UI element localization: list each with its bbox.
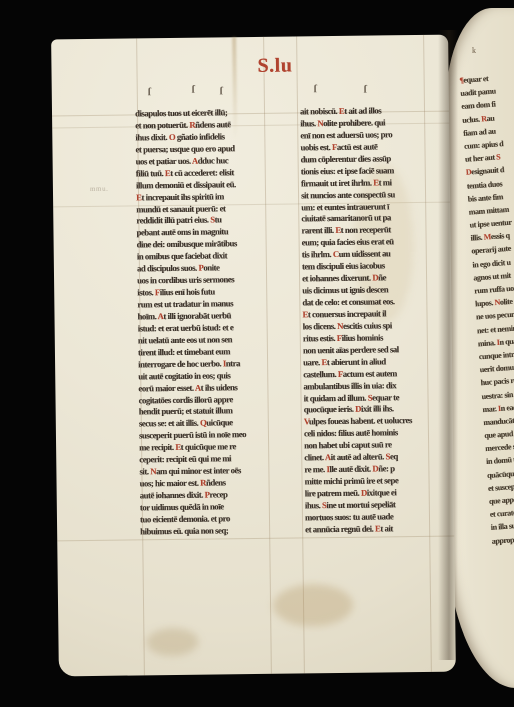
text-segment: re me.: [304, 464, 326, 474]
text-segment: sit nuncios ante conspectū su: [301, 189, 395, 200]
text-segment: tu: [214, 215, 221, 225]
text-segment: rum est ut tradatur in manus: [137, 298, 233, 309]
text-segment: t ihs uidens: [201, 382, 238, 392]
text-segment: uare.: [303, 357, 321, 367]
text-segment: uos; hic maior est.: [139, 478, 200, 489]
rubricated-letter: S: [496, 152, 501, 161]
manuscript-text-line: et annūcia regnū dei. Et ait: [305, 522, 445, 536]
text-segment: firmauit ut iret ihrlm.: [301, 177, 373, 188]
text-segment: recep: [209, 489, 227, 499]
text-segment: ceperit: recipit eū qui me mi: [139, 453, 231, 464]
text-segment: t conuersus increpauit il: [308, 308, 386, 319]
text-segment: ambulantibus illis in uia: dix: [303, 380, 396, 391]
text-segment: olite p: [500, 297, 514, 307]
text-segment: uclus.: [462, 114, 482, 124]
text-segment: in illa sunt: et: [490, 520, 514, 532]
text-segment: los dicens.: [303, 321, 338, 331]
text-segment: lire patrem meū.: [305, 488, 361, 499]
text-segment: operarij aute: [471, 244, 511, 256]
text-segment: que apud illos: [484, 428, 514, 440]
text-segment: uos et patiar uos.: [136, 155, 192, 166]
text-segment: mar.: [482, 404, 498, 414]
text-segment: equar et: [463, 74, 488, 85]
text-segment: eorū maior esset.: [138, 382, 195, 393]
text-segment: n quaq: [499, 336, 514, 346]
text-segment: tis ihrlm.: [302, 249, 333, 259]
text-segment: reddidit illū patri eius.: [136, 215, 210, 226]
text-segment: quācūque ciui: [487, 468, 514, 480]
text-segment: me recipit.: [139, 442, 175, 452]
text-segment: tuo eicientē demonia. et pro: [140, 513, 230, 524]
text-segment: uobis est.: [300, 142, 332, 152]
text-segment: um uidissent au: [339, 249, 391, 260]
text-segment: t illi ignorabāt uerbū: [163, 310, 231, 321]
text-segment: dduc huc: [198, 155, 229, 165]
text-segment: appropinquabit: [491, 533, 514, 545]
text-segment: istos.: [137, 287, 155, 297]
text-segment: um: et euntes intrauerunt ī: [301, 201, 389, 212]
text-segment: ut ipse uentur: [469, 218, 511, 230]
text-segment: bis ante fim: [467, 192, 503, 203]
text-segment: castellum.: [303, 369, 338, 379]
text-column-left: disapulos tuos ut eicerēt illū;et non po…: [135, 107, 283, 538]
text-segment: istud: et erat uerbū istud: et e: [138, 322, 234, 333]
text-segment: interrogare de hoc uerbo.: [138, 358, 223, 369]
text-segment: t abierunt in aliud: [327, 356, 386, 367]
text-segment: eq: [390, 451, 398, 461]
text-segment: olite prohibere. qui: [323, 117, 385, 128]
text-segment: ñe: p: [378, 463, 394, 473]
text-segment: t mi: [378, 177, 391, 187]
text-segment: mitte michi primū ire et sepe: [304, 475, 398, 486]
text-segment: non habet ubi caput suū re: [304, 440, 391, 451]
text-segment: cum: apius d: [464, 139, 504, 151]
text-segment: it autē ad alterū.: [331, 452, 386, 463]
text-segment: et non potuerūt.: [135, 120, 189, 131]
text-segment: dat de celo: et consumat eos.: [302, 296, 394, 307]
recto-corner-mark: k: [472, 46, 476, 55]
text-segment: tor uidimus quēdā in noīe: [140, 501, 224, 512]
text-segment: autē iohannes dixit.: [140, 490, 205, 501]
text-segment: uit autē cogitatio in eos; quis: [138, 370, 230, 381]
text-segment: ne uos pecuni: [476, 310, 514, 322]
text-segment: rum ruffa uos: [474, 284, 514, 296]
text-segment: eam dom fi: [461, 100, 496, 111]
text-segment: que apponūt: [489, 494, 514, 506]
text-segment: et iohannes dixerunt.: [302, 273, 372, 284]
ascender-flourish: ſ: [192, 84, 195, 96]
text-segment: t quicūque me re: [181, 441, 236, 452]
text-segment: ulpes foueas habent. et uolucres: [309, 415, 412, 426]
text-segment: mercede sua.: [485, 441, 514, 453]
text-segment: t cū accederet: elisit: [170, 167, 234, 178]
text-segment: enī non est aduersū uos; pro: [300, 129, 392, 140]
text-segment: ñdens: [206, 477, 226, 487]
text-segment: filiū tuū.: [136, 168, 165, 178]
text-segment: ad discipulos suos.: [137, 263, 199, 274]
parchment-stain: [273, 584, 354, 627]
text-segment: escitis cuius spi: [343, 320, 392, 331]
text-segment: fiam ad au: [463, 126, 496, 137]
text-segment: uerit domui: et: [479, 362, 514, 374]
text-segment: t ait: [380, 523, 393, 533]
text-segment: manducātes et: [483, 415, 514, 427]
text-segment: hendit puerū; et statuit illum: [139, 406, 233, 417]
text-segment: cunque intraue: [478, 349, 514, 361]
text-segment: ilius hominis: [342, 332, 383, 343]
text-segment: hoīm.: [137, 311, 157, 321]
text-segment: onite: [203, 263, 219, 273]
text-segment: ihus dixit.: [135, 132, 169, 142]
text-segment: et annūcia regnū dei.: [305, 523, 375, 534]
text-segment: uestra: sin aut: [481, 389, 514, 401]
text-segment: ntra: [226, 358, 240, 368]
manuscript-photo: k ¶equar etuadit pamueam dom fiuclus. Ra…: [0, 0, 514, 707]
text-segment: et puersa; usque quo ero apud: [135, 143, 234, 154]
ascender-flourish: ſ: [364, 84, 367, 96]
text-segment: sit.: [139, 466, 150, 476]
text-segment: uicūque: [206, 418, 232, 428]
text-segment: au: [486, 113, 494, 123]
text-segment: et curate infir: [489, 507, 514, 519]
text-segment: clinet.: [304, 452, 325, 462]
text-segment: illis.: [470, 233, 484, 243]
text-segment: tem discipuli eius iacobus: [302, 261, 385, 272]
text-segment: ihus.: [300, 118, 317, 128]
text-segment: huc pacis requi: [480, 375, 514, 387]
text-segment: ritus estis.: [303, 333, 337, 343]
text-segment: t ait ad illos: [344, 105, 381, 115]
text-segment: hibuimus eū. quia non seq;: [140, 525, 228, 536]
text-segment: essis q: [491, 231, 510, 241]
text-segment: t increpauit ihs spiritū im: [141, 191, 223, 202]
text-segment: temtia duos: [466, 179, 502, 190]
text-segment: susceperit puerū istū in noīe meo: [139, 429, 246, 440]
ascender-flourish: ſ: [314, 83, 317, 95]
text-segment: eum; quia facies eius erat eū: [302, 237, 394, 248]
text-segment: uos in cordibus uris sermones: [137, 274, 234, 285]
text-segment: mundū et sanauit puerū: et: [136, 203, 225, 214]
text-segment: dine dei: omibusque mirātibus: [137, 239, 237, 250]
recto-text-strip: ¶equar etuadit pamueam dom fiuclus. Rauf…: [459, 69, 514, 548]
parchment-stain: [146, 628, 198, 657]
text-segment: mortuos suos: tu autē uade: [305, 511, 393, 522]
text-segment: ihus.: [305, 500, 322, 510]
text-segment: net: et neminē: [477, 323, 514, 335]
text-segment: actum est autem: [343, 368, 397, 379]
text-segment: tirent illud: et timebant eum: [138, 346, 230, 357]
text-segment: it quidam ad illum.: [303, 392, 367, 403]
text-segment: tionis eius: et ipse faciē suam: [301, 165, 394, 176]
text-segment: uis dicimus ut ignis descen: [302, 284, 388, 295]
text-segment: ciuitatē samaritanorū ut pa: [301, 213, 391, 224]
manuscript-verso-page: S.lu mmu. ſ ſ ſ ſ ſ disapulos tuos ut ei…: [51, 35, 456, 677]
text-segment: ine ut mortui sepeliāt: [326, 499, 395, 510]
text-segment: illum demoniū et dissipauit eū.: [136, 179, 236, 190]
text-segment: actū est autē: [337, 141, 378, 151]
text-segment: in omibus que faciebat dixit: [137, 251, 227, 262]
text-segment: non uenit aīas perdere sed sal: [303, 344, 399, 355]
text-segment: celi nidos: filius autē hominis: [304, 428, 398, 439]
text-segment: agnos ut mit: [473, 271, 511, 283]
text-segment: uadit pamu: [460, 87, 496, 98]
text-segment: et susceperint: [488, 481, 514, 493]
text-segment: in domū trans: [486, 455, 514, 467]
text-segment: am qui minor est inter oēs: [156, 465, 241, 476]
text-segment: ait nobiscū.: [300, 106, 339, 116]
text-segment: disapulos tuos ut eicerēt illū;: [135, 107, 227, 118]
text-segment: esignauit d: [471, 165, 504, 176]
text-segment: ñdens autē: [195, 119, 230, 129]
text-segment: secus se: et ait illis.: [139, 418, 200, 429]
text-segment: quocūque ieris.: [304, 404, 356, 415]
text-segment: in ego dicit u: [472, 258, 511, 270]
text-segment: cogitatōes cordis illorū appre: [138, 394, 232, 405]
text-segment: mam mittam: [468, 205, 509, 217]
manuscript-text-line: hibuimus eū. quia non seq;: [140, 524, 283, 538]
text-segment: equar te: [372, 392, 399, 402]
gutter-shadow: [438, 30, 458, 660]
text-segment: dum cōplerentur dies assūp: [301, 153, 391, 164]
text-segment: n eadē: [500, 402, 514, 412]
text-segment: ut her aut: [465, 153, 497, 164]
text-segment: ixit illi ihs.: [361, 404, 394, 414]
ascender-flourish: ſ: [148, 86, 151, 98]
text-column-right: ait nobiscū. Et ait ad illosihus. Nolite…: [300, 105, 445, 536]
text-segment: t non receperūt: [341, 225, 391, 236]
text-segment: ñe: [378, 273, 386, 283]
text-segment: mina.: [478, 338, 498, 348]
text-segment: pebant autē oms in magnitu: [136, 227, 228, 238]
text-segment: nit uelatū ante eos ut non sen: [138, 334, 232, 345]
text-segment: lupos.: [475, 298, 495, 308]
running-title-rubric: S.lu: [257, 55, 292, 78]
text-segment: ixitque ei: [367, 487, 397, 497]
text-segment: lle autē dixit.: [329, 464, 372, 475]
margin-note: mmu.: [90, 185, 109, 193]
text-segment: rarent illi.: [301, 225, 335, 235]
text-segment: gñatio infidelis: [175, 131, 224, 142]
ascender-flourish: ſ: [220, 85, 223, 97]
text-segment: ilius enī hois futu: [160, 287, 215, 298]
